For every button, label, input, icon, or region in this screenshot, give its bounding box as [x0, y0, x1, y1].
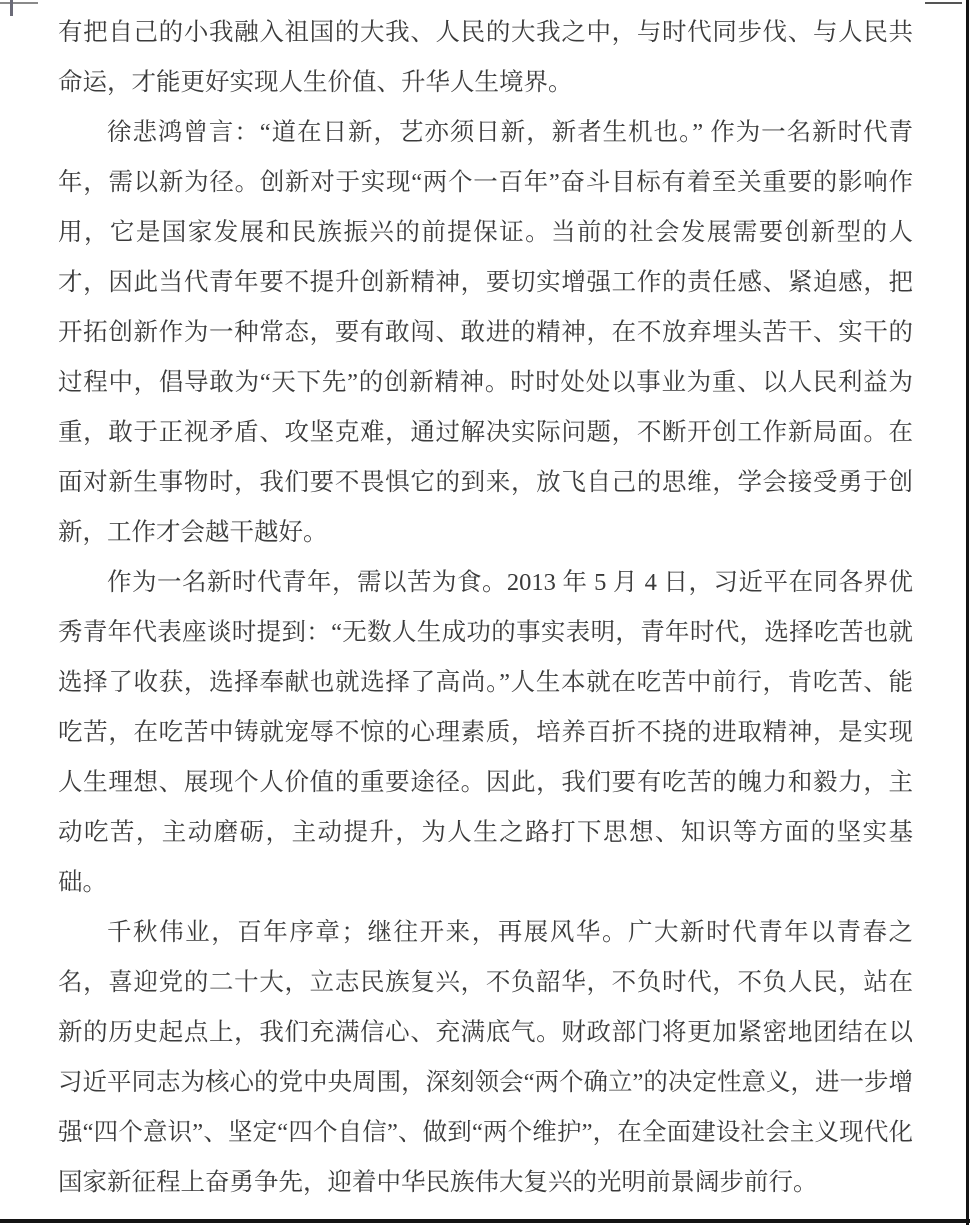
- page-right-border: [966, 0, 969, 1225]
- document-page: { "document": { "language": "zh-CN", "te…: [0, 0, 970, 1225]
- page-edge-mark-top-left-vertical: [10, 0, 13, 16]
- paragraph-conclusion: 千秋伟业，百年序章；继往开来，再展风华。广大新时代青年以青春之名，喜迎党的二十大…: [58, 908, 913, 1208]
- document-text-area: 有把自己的小我融入祖国的大我、人民的大我之中，与时代同步伐、与人民共命运，才能更…: [58, 8, 913, 1208]
- paragraph-continuation: 有把自己的小我融入祖国的大我、人民的大我之中，与时代同步伐、与人民共命运，才能更…: [58, 8, 913, 108]
- page-edge-mark-top-right-horizontal: [925, 2, 962, 4]
- paragraph-hardship: 作为一名新时代青年，需以苦为食。2013 年 5 月 4 日，习近平在同各界优秀…: [58, 558, 913, 908]
- paragraph-innovation: 徐悲鸿曾言：“道在日新，艺亦须日新，新者生机也。” 作为一名新时代青年，需以新为…: [58, 108, 913, 558]
- page-edge-mark-top-left-horizontal: [0, 2, 38, 4]
- page-bottom-border: [0, 1219, 970, 1223]
